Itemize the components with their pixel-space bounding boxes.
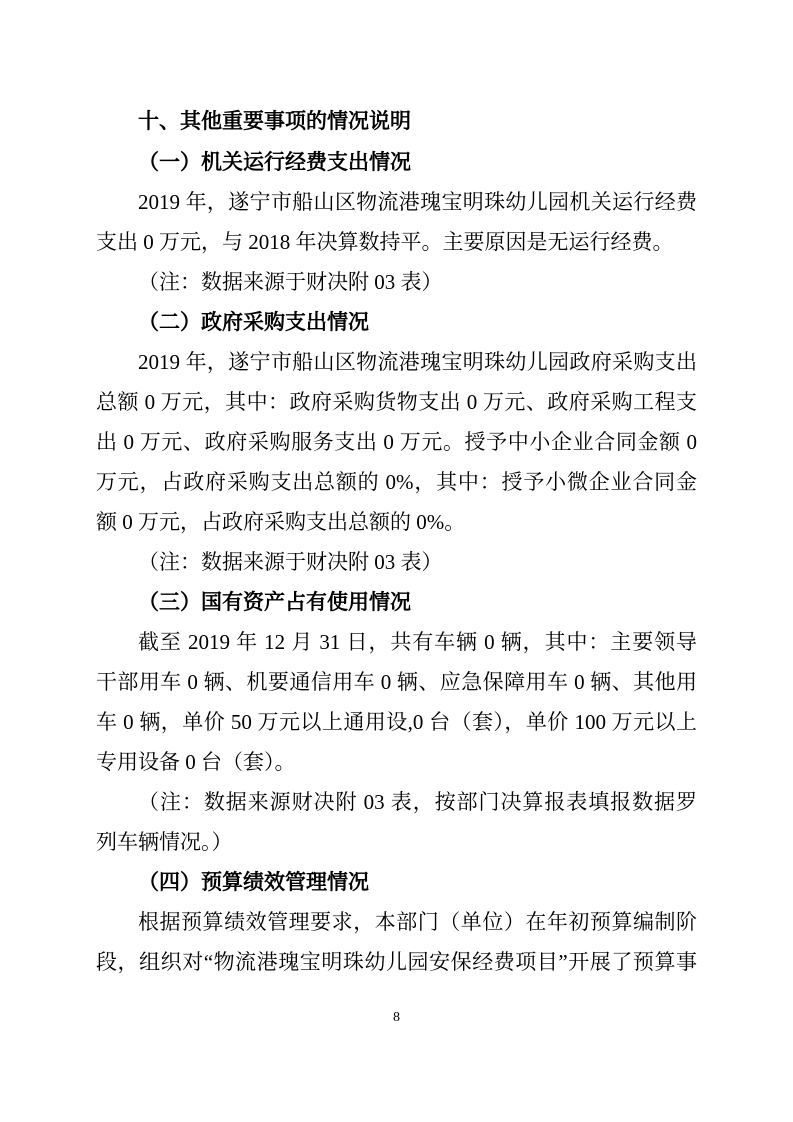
paragraph-line: 额 0 万元，占政府采购支出总额的 0%。 xyxy=(96,502,697,542)
document-page: 十、其他重要事项的情况说明 （一）机关运行经费支出情况 2019 年，遂宁市船山… xyxy=(0,0,793,1122)
paragraph-line: 车 0 辆，单价 50 万元以上通用设,0 台（套），单价 100 万元以上 xyxy=(96,702,697,742)
document-body: 十、其他重要事项的情况说明 （一）机关运行经费支出情况 2019 年，遂宁市船山… xyxy=(96,102,697,982)
note-line: （注：数据来源财决附 03 表，按部门决算报表填报数据罗 xyxy=(96,782,697,822)
paragraph-line: 截至 2019 年 12 月 31 日，共有车辆 0 辆，其中：主要领导 xyxy=(96,622,697,662)
subsection-heading-3: （三）国有资产占有使用情况 xyxy=(96,582,697,622)
subsection-heading-4: （四）预算绩效管理情况 xyxy=(96,862,697,902)
paragraph-line: 万元，占政府采购支出总额的 0%，其中：授予小微企业合同金 xyxy=(96,462,697,502)
note-line: （注：数据来源于财决附 03 表） xyxy=(96,542,697,582)
paragraph-line: 专用设备 0 台（套）。 xyxy=(96,742,697,782)
paragraph-line: 段，组织对“物流港瑰宝明珠幼儿园安保经费项目”开展了预算事 xyxy=(96,942,697,982)
paragraph-line: 支出 0 万元，与 2018 年决算数持平。主要原因是无运行经费。 xyxy=(96,222,697,262)
page-number: 8 xyxy=(0,1008,793,1028)
paragraph-line: 出 0 万元、政府采购服务支出 0 万元。授予中小企业合同金额 0 xyxy=(96,422,697,462)
paragraph-line: 2019 年，遂宁市船山区物流港瑰宝明珠幼儿园政府采购支出 xyxy=(96,342,697,382)
paragraph-line: 2019 年，遂宁市船山区物流港瑰宝明珠幼儿园机关运行经费 xyxy=(96,182,697,222)
section-title: 十、其他重要事项的情况说明 xyxy=(96,102,697,142)
subsection-heading-1: （一）机关运行经费支出情况 xyxy=(96,142,697,182)
paragraph-line: 总额 0 万元，其中：政府采购货物支出 0 万元、政府采购工程支 xyxy=(96,382,697,422)
subsection-heading-2: （二）政府采购支出情况 xyxy=(96,302,697,342)
paragraph-line: 根据预算绩效管理要求，本部门（单位）在年初预算编制阶 xyxy=(96,902,697,942)
note-line: （注：数据来源于财决附 03 表） xyxy=(96,262,697,302)
paragraph-line: 干部用车 0 辆、机要通信用车 0 辆、应急保障用车 0 辆、其他用 xyxy=(96,662,697,702)
note-line: 列车辆情况。） xyxy=(96,822,697,862)
